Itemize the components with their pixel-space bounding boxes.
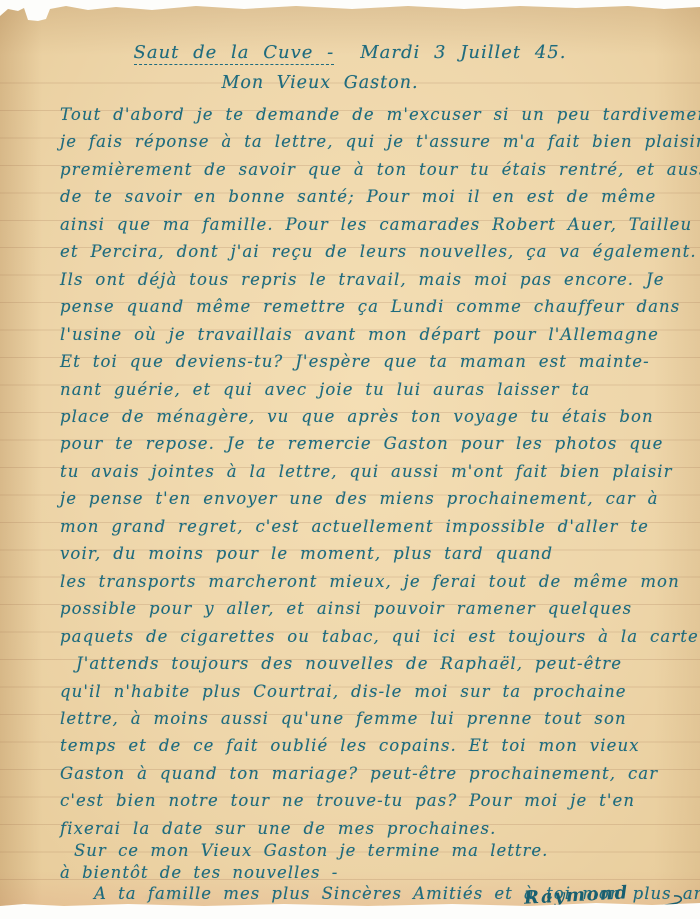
letter-line: lettre, à moins aussi qu'une femme lui p… <box>60 705 692 732</box>
letter-line: nant guérie, et qui avec joie tu lui aur… <box>60 376 692 403</box>
letter-line: paquets de cigarettes ou tabac, qui ici … <box>60 623 692 650</box>
letter-date: Mardi 3 Juillet 45. <box>360 42 566 63</box>
letter-line: Gaston à quand ton mariage? peut-être pr… <box>60 760 692 787</box>
letter-line: et Percira, dont j'ai reçu de leurs nouv… <box>60 238 692 265</box>
letter-line: temps et de ce fait oublié les copains. … <box>60 732 692 759</box>
signature-block: Raymond <box>472 883 687 917</box>
letter-line: ainsi que ma famille. Pour les camarades… <box>60 211 692 238</box>
paper-sheet: Saut de la Cuve -Mardi 3 Juillet 45. Mon… <box>0 0 700 919</box>
letter-heading: Saut de la Cuve -Mardi 3 Juillet 45. <box>0 42 700 63</box>
letter-line: Et toi que deviens-tu? J'espère que ta m… <box>60 348 692 375</box>
closing-line: Sur ce mon Vieux Gaston je termine ma le… <box>60 840 692 862</box>
letter-line: Tout d'abord je te demande de m'excuser … <box>60 101 692 128</box>
letter-line: je pense t'en envoyer une des miens proc… <box>60 485 692 512</box>
letter-line: c'est bien notre tour ne trouve-tu pas? … <box>60 787 692 814</box>
letter-body: Tout d'abord je te demande de m'excuser … <box>60 101 692 842</box>
closing-line: à bientôt de tes nouvelles - <box>60 862 692 884</box>
place-name: Saut de la Cuve - <box>134 42 335 65</box>
letter-line: fixerai la date sur une de mes prochaine… <box>60 815 692 842</box>
letter-line: de te savoir en bonne santé; Pour moi il… <box>60 183 692 210</box>
letter-line: place de ménagère, vu que après ton voya… <box>60 403 692 430</box>
letter-line: les transports marcheront mieux, je fera… <box>60 568 692 595</box>
letter-line: pense quand même remettre ça Lundi comme… <box>60 293 692 320</box>
letter-line: tu avais jointes à la lettre, qui aussi … <box>60 458 692 485</box>
letter-line: je fais réponse à ta lettre, qui je t'as… <box>60 128 692 155</box>
letter-line: voir, du moins pour le moment, plus tard… <box>60 540 692 567</box>
letter-line: mon grand regret, c'est actuellement imp… <box>60 513 692 540</box>
letter-line: pour te repose. Je te remercie Gaston po… <box>60 430 692 457</box>
letter-line: Ils ont déjà tous repris le travail, mai… <box>60 266 692 293</box>
letter-line: J'attends toujours des nouvelles de Raph… <box>60 650 692 677</box>
letter-line: premièrement de savoir que à ton tour tu… <box>60 156 692 183</box>
salutation: Mon Vieux Gaston. <box>0 73 640 93</box>
letter-line: l'usine où je travaillais avant mon dépa… <box>60 321 692 348</box>
letter-line: qu'il n'habite plus Courtrai, dis-le moi… <box>60 678 692 705</box>
signature-name: Raymond <box>524 882 630 908</box>
letter-page: Saut de la Cuve -Mardi 3 Juillet 45. Mon… <box>0 0 700 919</box>
letter-line: possible pour y aller, et ainsi pouvoir … <box>60 595 692 622</box>
